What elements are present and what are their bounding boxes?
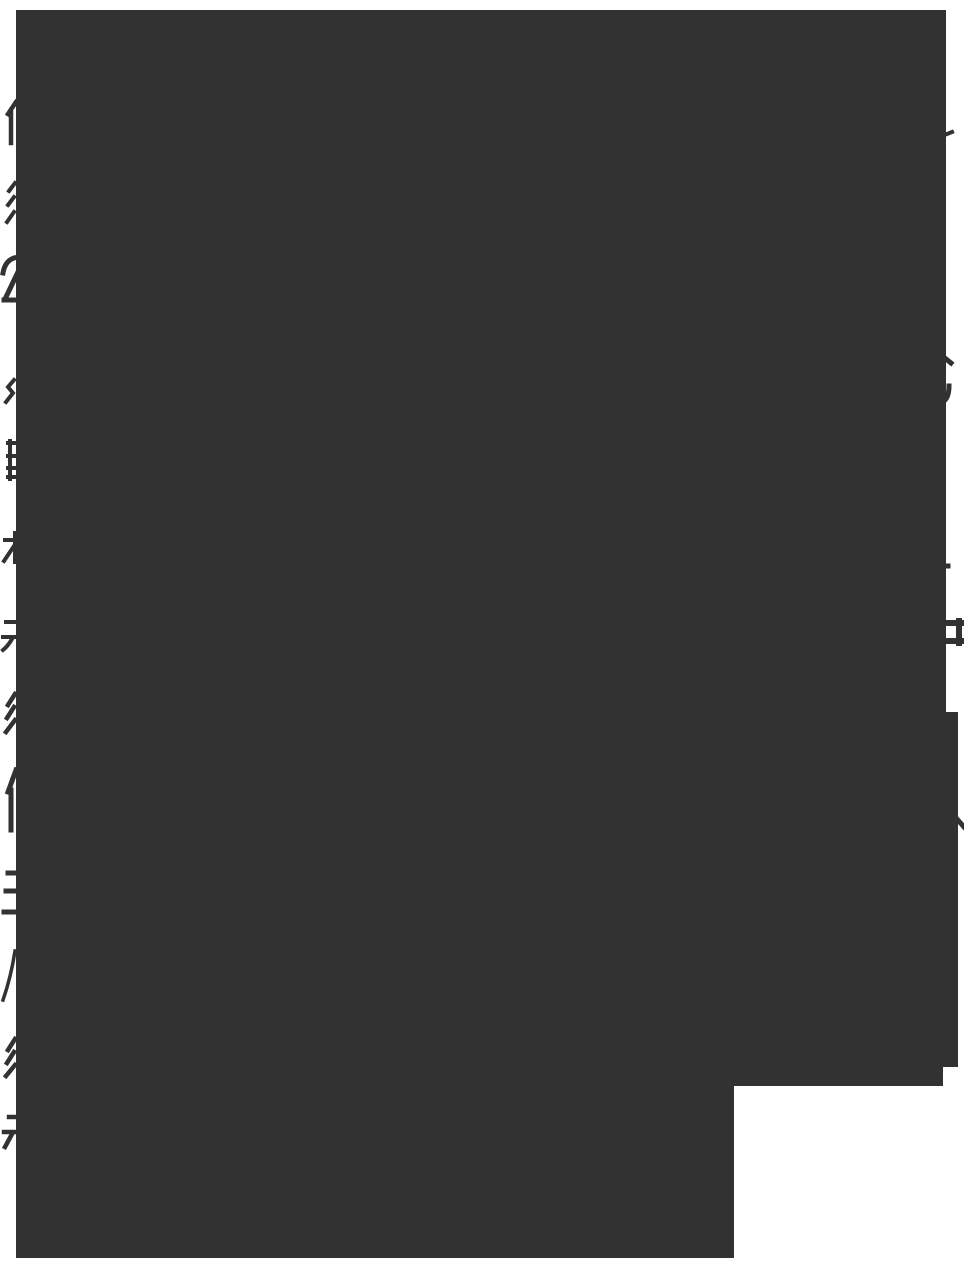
glyph-fragment-line2-left xyxy=(7,183,15,222)
glyph-fragment-line7-left xyxy=(3,622,16,650)
glyph-fragment-line6-left xyxy=(4,533,16,562)
overlay-step xyxy=(16,1067,943,1086)
glyph-fragment-line12-left xyxy=(6,1039,15,1076)
overlay-bottom xyxy=(16,1086,734,1258)
overlay-middle xyxy=(16,712,958,1067)
glyph-fragment-line9-right xyxy=(957,819,964,827)
glyph-fragment-line1-right xyxy=(947,132,952,134)
glyph-fragment-line11-left xyxy=(3,951,15,1000)
glyph-fragment-line9-left xyxy=(8,770,16,830)
glyph-fragment-line7-right xyxy=(944,621,961,643)
glyph-fragment-line4-left xyxy=(6,380,14,402)
glyph-fragment-line1-left xyxy=(8,102,16,143)
glyph-fragment-line3-left xyxy=(3,258,17,300)
document-page xyxy=(0,0,964,1283)
glyph-fragment-line10-left xyxy=(4,873,16,912)
glyph-fragment-line13-left xyxy=(4,1117,16,1147)
overlay-top xyxy=(16,10,946,712)
glyph-fragment-line8-left xyxy=(6,694,15,732)
